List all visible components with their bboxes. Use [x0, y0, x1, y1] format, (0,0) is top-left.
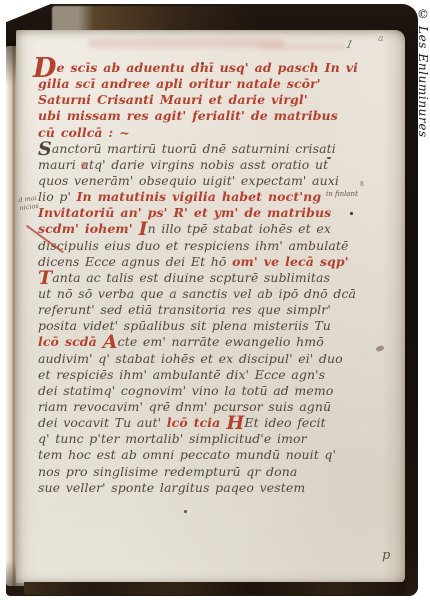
margin-note-left: d mai nicios [18, 195, 39, 213]
text-segment: q' tunc p'ter mortalib' simplicitud'e im… [38, 431, 307, 446]
parchment-stain [375, 345, 384, 352]
text-segment: lio p' [38, 189, 77, 204]
book-binding: 1 a De scīs ab aduentu dnī usq' ad pasch… [6, 4, 418, 596]
text-line: dei vocavit Tu aut' lcō tcia HEt ideo fe… [38, 415, 360, 431]
text-line: lcō scdā Acte em' narrāte ewangelio hmō [38, 334, 360, 350]
text-segment: dei statimq' cognovim' vino la totū ad m… [38, 383, 333, 398]
text-line: Sanctorū martirū tuorū dnē saturnini cri… [38, 141, 360, 157]
parchment-page: 1 a De scīs ab aduentu dnī usq' ad pasch… [16, 30, 405, 583]
text-line: q' tunc p'ter mortalib' simplicitud'e im… [38, 431, 360, 447]
text-segment: riam revocavim' qrē dnm' pcursor suis ag… [38, 399, 331, 414]
text-line: gilia scī andree apli oritur natale scōr… [38, 76, 360, 92]
photo-corner-cutout [4, 1, 58, 23]
text-line: dicens Ecce agnus dei Et hō om' ve lecā … [38, 254, 360, 270]
text-line: nos pro singlisime redempturū qr dona [38, 464, 360, 480]
text-segment: In matutinis vigilia habet noct'ng [77, 189, 322, 204]
text-line: lio p' In matutinis vigilia habet noct'n… [38, 189, 360, 205]
text-line: et respiciēs ihm' ambulantē dix' Ecce ag… [38, 367, 360, 383]
text-segment: anta ac talis est diuine scpturē sublimi… [52, 270, 330, 285]
text-line: riam revocavim' qrē dnm' pcursor suis ag… [38, 399, 360, 415]
text-segment: discipulis eius duo et respiciens ihm' a… [38, 238, 349, 253]
margin-note-flourish: 8 [360, 181, 364, 188]
parchment-speck [327, 157, 331, 159]
text-segment: anctorū martirū tuorū dnē saturnini cris… [52, 141, 336, 156]
text-segment: Saturni Crisanti Mauri et darie virgl' [38, 92, 308, 107]
text-segment: ut nō sō verba que a sanctis vel ab ipō … [38, 286, 356, 301]
text-line: audivim' q' stabat iohēs et ex discipul'… [38, 351, 360, 367]
text-line: ubi missam res agit' ferialit' de matrib… [38, 108, 360, 124]
folio-number: 1 [345, 37, 355, 51]
text-segment: Et ideo fecit [244, 415, 325, 430]
text-segment: ubi missam res agit' ferialit' de matrib… [38, 108, 338, 123]
text-line: Invitatoriū an' ps' R' et ym' de matribu… [38, 205, 360, 221]
text-segment: audivim' q' stabat iohēs et ex discipul'… [38, 351, 343, 366]
text-segment: scdm' iohem' [38, 221, 139, 236]
text-segment: lcō scdā [38, 334, 103, 349]
quire-signature-mark: p [382, 548, 390, 563]
margin-note-right: in finlant [326, 190, 358, 198]
text-segment: nos pro singlisime redempturū qr dona [38, 464, 297, 479]
text-line: Tanta ac talis est diuine scpturē sublim… [38, 270, 360, 286]
text-line: sue veller' sponte largitus paqeo vestem [38, 480, 360, 496]
text-line: quos venerām' obsequio uigit' expectam' … [38, 173, 360, 189]
text-segment: e scīs ab aduentu dnī usq' ad pasch In v… [57, 60, 358, 75]
binding-top-highlight [52, 6, 262, 32]
text-segment: cte em' narrāte ewangelio hmō [118, 334, 324, 349]
text-segment: dicens Ecce agnus dei Et hō [38, 254, 232, 269]
text-line: scdm' iohem' In illo tpē stabat iohēs et… [38, 221, 360, 237]
text-segment: tem hoc est ab omni peccato mundū nouit … [38, 447, 336, 462]
text-segment: referunt' sed etiā transitoria res que s… [38, 302, 331, 317]
red-ink-blot [81, 162, 87, 169]
text-segment: et respiciēs ihm' ambulantē dix' Ecce ag… [38, 367, 325, 382]
text-line: De scīs ab aduentu dnī usq' ad pasch In … [38, 60, 360, 76]
parchment-speck [350, 212, 353, 215]
text-line: Saturni Crisanti Mauri et darie virgl' [38, 92, 360, 108]
folio-corner-mark: a [378, 34, 383, 44]
text-block: De scīs ab aduentu dnī usq' ad pasch In … [38, 60, 360, 496]
text-segment: gilia scī andree apli oritur natale scōr… [38, 76, 321, 91]
text-line: referunt' sed etiā transitoria res que s… [38, 302, 360, 318]
text-segment: Invitatoriū an' ps' R' et ym' de matribu… [38, 205, 331, 220]
text-line: dei statimq' cognovim' vino la totū ad m… [38, 383, 360, 399]
text-line: discipulis eius duo et respiciens ihm' a… [38, 238, 360, 254]
margin-note-left-line2: nicios [19, 202, 39, 212]
text-segment: quos venerām' obsequio uigit' expectam' … [38, 173, 339, 188]
binding-bottom-edge [24, 582, 406, 595]
text-segment: n illo tpē stabat iohēs et ex [148, 221, 331, 236]
text-line: posita videt' spūalibus sit plena mister… [38, 318, 360, 334]
ink-showthrough [88, 39, 284, 48]
text-segment: posita videt' spūalibus sit plena mister… [38, 318, 331, 333]
text-segment: om' ve lecā sqp' [232, 254, 349, 269]
parchment-speck [201, 62, 204, 65]
text-line: tem hoc est ab omni peccato mundū nouit … [38, 447, 360, 463]
text-line: cū collcā : ~ [38, 125, 360, 141]
copyright-watermark: © Les Enluminures [416, 7, 430, 138]
text-segment: sue veller' sponte largitus paqeo vestem [38, 480, 305, 495]
text-segment: lcō tcia [167, 415, 227, 430]
parchment-speck [184, 510, 187, 513]
ink-showthrough [258, 43, 346, 50]
manuscript-photo: 1 a De scīs ab aduentu dnī usq' ad pasch… [0, 0, 430, 600]
text-line: ut nō sō verba que a sanctis vel ab ipō … [38, 286, 360, 302]
text-segment: dei vocavit Tu aut' [38, 415, 167, 430]
